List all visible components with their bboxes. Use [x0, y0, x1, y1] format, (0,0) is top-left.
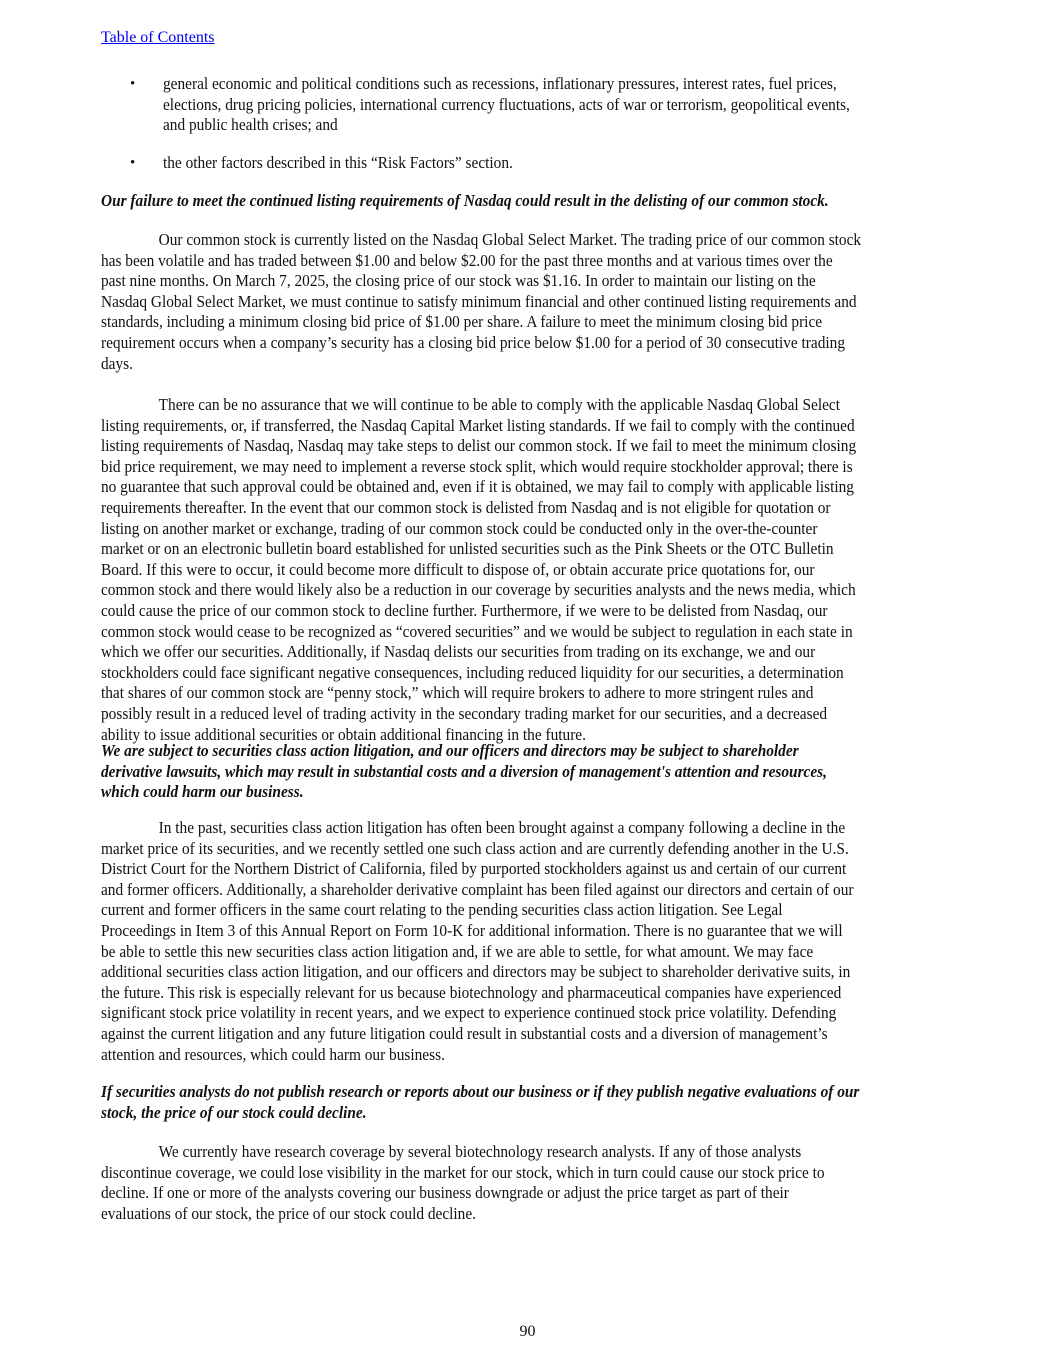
bullet-text: general economic and political condition… — [163, 74, 902, 136]
text-line: elections, drug pricing policies, intern… — [163, 95, 850, 116]
text-line: additional securities class action litig… — [101, 962, 901, 983]
text-line: Board. If this were to occur, it could b… — [101, 560, 901, 581]
paragraph-research-coverage: We currently have research coverage by s… — [101, 1142, 961, 1224]
heading-line: If securities analysts do not publish re… — [101, 1082, 901, 1103]
text-line: listing requirements, or, if transferred… — [101, 416, 901, 437]
text-line: days. — [101, 354, 901, 375]
text-line: against the current litigation and any f… — [101, 1024, 901, 1045]
heading-line: Our failure to meet the continued listin… — [101, 191, 901, 212]
paragraph-class-action-litigation: In the past, securities class action lit… — [101, 818, 961, 1065]
text-line: requirement occurs when a company’s secu… — [101, 333, 901, 354]
document-page: Table of Contents • general economic and… — [0, 0, 1055, 1365]
text-line: decline. If one or more of the analysts … — [101, 1183, 901, 1204]
text-line: discontinue coverage, we could lose visi… — [101, 1163, 901, 1184]
text-line: standards, including a minimum closing b… — [101, 312, 901, 333]
section-heading-nasdaq-listing: Our failure to meet the continued listin… — [101, 191, 961, 212]
text-line: current and former officers in the same … — [101, 900, 901, 921]
text-line: could cause the price of our common stoc… — [101, 601, 901, 622]
text-line: possibly result in a reduced level of tr… — [101, 704, 901, 725]
text-line: common stock and there would likely also… — [101, 580, 901, 601]
bullet-icon: • — [130, 74, 135, 95]
text-line: stockholders could face significant nega… — [101, 663, 901, 684]
heading-line: We are subject to securities class actio… — [101, 741, 901, 762]
text-line: the other factors described in this “Ris… — [163, 153, 513, 174]
text-line: We currently have research coverage by s… — [101, 1142, 901, 1163]
section-heading-securities-analysts: If securities analysts do not publish re… — [101, 1082, 961, 1123]
text-line: evaluations of our stock, the price of o… — [101, 1204, 901, 1225]
text-line: In the past, securities class action lit… — [101, 818, 901, 839]
section-heading-class-action-litigation: We are subject to securities class actio… — [101, 741, 961, 803]
text-line: market or on an electronic bulletin boar… — [101, 539, 901, 560]
text-line: attention and resources, which could har… — [101, 1045, 901, 1066]
heading-line: which could harm our business. — [101, 782, 901, 803]
bullet-text: the other factors described in this “Ris… — [163, 153, 539, 174]
text-line: and public health crises; and — [163, 115, 850, 136]
text-line: the future. This risk is especially rele… — [101, 983, 901, 1004]
text-line: listing on another market or exchange, t… — [101, 519, 901, 540]
heading-line: derivative lawsuits, which may result in… — [101, 762, 901, 783]
bullet-icon: • — [130, 153, 135, 174]
text-line: and former officers. Additionally, a sha… — [101, 880, 901, 901]
table-of-contents-link[interactable]: Table of Contents — [101, 28, 215, 48]
text-line: which we offer our securities. Additiona… — [101, 642, 901, 663]
text-line: be able to settle this new securities cl… — [101, 942, 901, 963]
text-line: District Court for the Northern District… — [101, 859, 901, 880]
text-line: listing requirements of Nasdaq, Nasdaq m… — [101, 436, 901, 457]
text-line: no guarantee that such approval could be… — [101, 477, 901, 498]
text-line: Our common stock is currently listed on … — [101, 230, 901, 251]
text-line: Proceedings in Item 3 of this Annual Rep… — [101, 921, 901, 942]
text-line: significant stock price volatility in re… — [101, 1003, 901, 1024]
text-line: past nine months. On March 7, 2025, the … — [101, 271, 901, 292]
text-line: that shares of our common stock are “pen… — [101, 683, 901, 704]
paragraph-nasdaq-listing-status: Our common stock is currently listed on … — [101, 230, 961, 374]
page-number: 90 — [0, 1322, 1055, 1342]
text-line: market price of its securities, and we r… — [101, 839, 901, 860]
heading-line: stock, the price of our stock could decl… — [101, 1103, 901, 1124]
text-line: requirements thereafter. In the event th… — [101, 498, 901, 519]
text-line: Nasdaq Global Select Market, we must con… — [101, 292, 901, 313]
text-line: There can be no assurance that we will c… — [101, 395, 901, 416]
text-line: general economic and political condition… — [163, 74, 850, 95]
paragraph-delisting-consequences: There can be no assurance that we will c… — [101, 395, 961, 745]
text-line: bid price requirement, we may need to im… — [101, 457, 901, 478]
text-line: has been volatile and has traded between… — [101, 251, 901, 272]
text-line: common stock would cease to be recognize… — [101, 622, 901, 643]
